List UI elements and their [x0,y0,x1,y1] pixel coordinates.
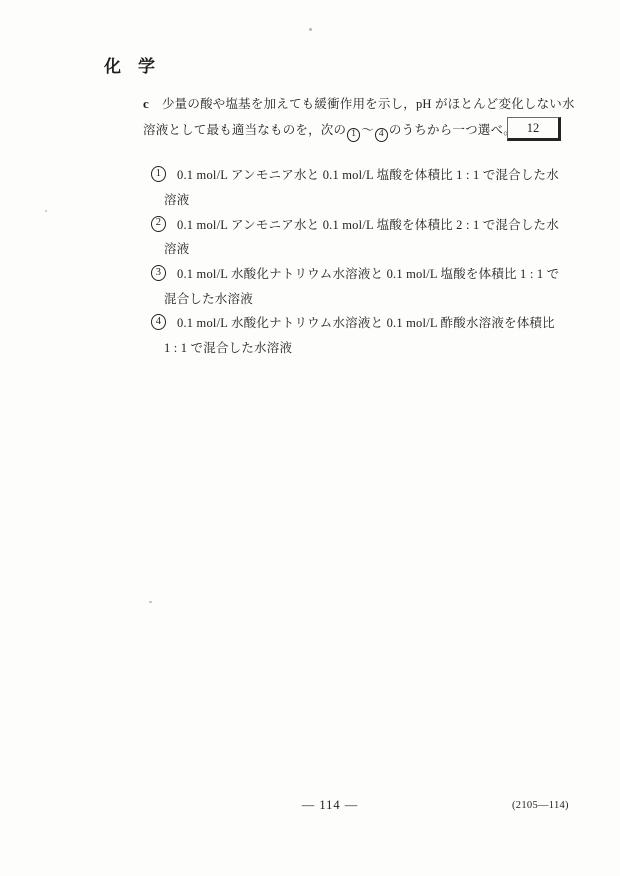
option-line-2: 1 : 1 で混合した水溶液 [0,335,620,360]
scan-speck [149,601,152,603]
form-code: (2105—114) [512,800,569,811]
answer-number-box: 12 [507,117,561,141]
circled-number-icon: 3 [151,265,166,281]
circled-number-icon: 1 [151,166,166,182]
option-item-3: 3 0.1 mol/L 水酸化ナトリウム水溶液と 0.1 mol/L 塩酸を体積… [0,261,620,310]
option-item-1: 1 0.1 mol/L アンモニア水と 0.1 mol/L 塩酸を体積比 1 :… [0,162,620,211]
option-text: 0.1 mol/L 水酸化ナトリウム水溶液と 0.1 mol/L 酢酸水溶液を体… [177,313,555,331]
answer-number: 12 [527,121,540,136]
option-line-1: 4 0.1 mol/L 水酸化ナトリウム水溶液と 0.1 mol/L 酢酸水溶液… [0,310,620,335]
option-line-2: 溶液 [0,236,620,261]
option-item-2: 2 0.1 mol/L アンモニア水と 0.1 mol/L 塩酸を体積比 2 :… [0,211,620,260]
option-item-4: 4 0.1 mol/L 水酸化ナトリウム水溶液と 0.1 mol/L 酢酸水溶液… [0,310,620,359]
option-line-1: 2 0.1 mol/L アンモニア水と 0.1 mol/L 塩酸を体積比 2 :… [0,211,620,236]
scan-speck [45,210,47,212]
circled-number-range-end: 4 [375,128,388,142]
question-label: c [143,96,149,111]
option-text: 1 : 1 で混合した水溶液 [164,338,292,356]
option-text: 溶液 [164,190,189,208]
range-tilde: ～ [361,123,374,137]
question-text-2-pre: 溶液として最も適当なものを，次の [143,123,346,137]
option-text: 0.1 mol/L 水酸化ナトリウム水溶液と 0.1 mol/L 塩酸を体積比 … [177,264,559,282]
option-text: 溶液 [164,239,189,257]
option-text: 混合した水溶液 [164,289,253,307]
option-line-2: 溶液 [0,187,620,212]
option-line-1: 1 0.1 mol/L アンモニア水と 0.1 mol/L 塩酸を体積比 1 :… [0,162,620,187]
circled-number-icon: 2 [151,216,166,232]
question-text-2-post: のうちから一つ選べ。 [389,123,516,137]
option-text: 0.1 mol/L アンモニア水と 0.1 mol/L 塩酸を体積比 2 : 1… [177,215,559,233]
option-text: 0.1 mol/L アンモニア水と 0.1 mol/L 塩酸を体積比 1 : 1… [177,165,559,183]
question-line-2: 溶液として最も適当なものを，次の1～4のうちから一つ選べ。 [143,120,516,142]
option-line-2: 混合した水溶液 [0,285,620,310]
page-title: 化 学 [104,52,155,77]
scan-speck [309,28,312,31]
circled-number-icon: 4 [151,314,166,330]
circled-number-range-start: 1 [347,128,360,142]
option-line-1: 3 0.1 mol/L 水酸化ナトリウム水溶液と 0.1 mol/L 塩酸を体積… [0,261,620,286]
question-line-1: c少量の酸や塩基を加えても緩衝作用を示し，pH がほとんど変化しない水 [143,94,575,112]
question-text-1: 少量の酸や塩基を加えても緩衝作用を示し，pH がほとんど変化しない水 [162,97,575,111]
exam-page: 化 学 c少量の酸や塩基を加えても緩衝作用を示し，pH がほとんど変化しない水 … [0,0,620,876]
options-list: 1 0.1 mol/L アンモニア水と 0.1 mol/L 塩酸を体積比 1 :… [0,162,620,360]
